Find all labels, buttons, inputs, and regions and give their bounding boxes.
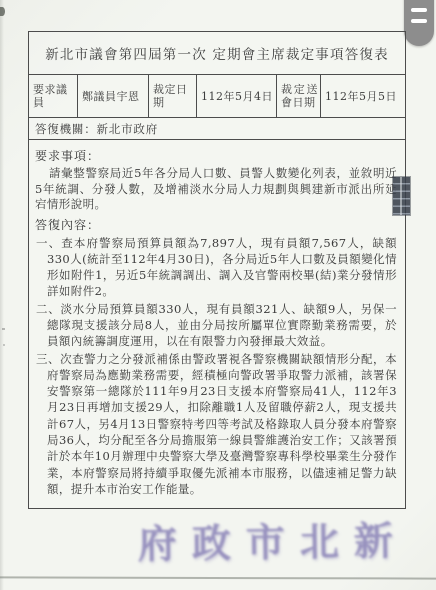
sent-to-council-date-value: 112年5月5日 (321, 75, 405, 117)
reply-item-3-marker: 三、 (36, 352, 60, 366)
reply-item-1-text: 查本府警察局預算員額為7,897人，現有員額7,567人，缺額330人(統計至1… (47, 236, 397, 299)
reply-item-2-text: 淡水分局預算員額330人，現有員額321人、缺額9人，另保一總隊現支援該分局8人… (47, 302, 397, 349)
sent-to-council-date-label: 裁定送會日期 (277, 75, 321, 117)
requester-value: 鄭議員宇恩 (78, 75, 149, 117)
request-heading: 要求事項： (35, 147, 397, 164)
replying-agency-row: 答復機關： 新北市政府 (29, 118, 405, 140)
document-title: 新北市議會第四屆第一次 定期會主席裁定事項答復表 (29, 32, 405, 75)
request-body-text: 請彙整警察局近5年各分局人口數、員警人數變化列表，並敘明近5年統調、分發人數，及… (35, 166, 397, 213)
ruling-date-value: 112年5月4日 (197, 75, 277, 117)
reply-item-3-text: 次查警力之分發派補係由警政署視各警察機關缺額情形分配，本府警察局為應勤業務需要，… (47, 352, 397, 496)
receipt-stamp (393, 177, 410, 215)
reply-item-2-marker: 二、 (36, 302, 61, 316)
scan-edge-shading (0, 0, 4, 590)
document-title-text: 新北市議會第四屆第一次 定期會主席裁定事項答復表 (45, 43, 389, 63)
scanned-document-page: 新北市議會第四屆第一次 定期會主席裁定事項答復表 要求議員 鄭議員宇恩 裁定日期… (0, 0, 436, 590)
hamburger-menu-icon (411, 8, 427, 12)
replying-agency-label: 答復機關： (35, 121, 97, 137)
request-and-reply-content: 要求事項： 請彙整警察局近5年各分局人口數、員警人數變化列表，並敘明近5年統調、… (29, 140, 405, 510)
replying-agency-value: 新北市政府 (97, 121, 159, 137)
ruling-date-label: 裁定日期 (149, 75, 197, 117)
reply-item-3: 三、次查警力之分發派補係由警政署視各警察機關缺額情形分配，本府警察局為應勤業務需… (36, 351, 397, 498)
menu-button[interactable] (404, 0, 434, 46)
reply-item-2: 二、淡水分局預算員額330人，現有員額321人、缺額9人，另保一總隊現支援該分局… (36, 301, 397, 350)
scan-edge-line (0, 576, 436, 579)
info-row: 要求議員 鄭議員宇恩 裁定日期 112年5月4日 裁定送會日期 112年5月5日 (29, 75, 405, 118)
reply-heading: 答復內容： (35, 216, 397, 233)
hamburger-menu-icon (411, 19, 427, 23)
requester-label: 要求議員 (29, 75, 78, 117)
government-seal-stamp: 府政市北新 (138, 510, 411, 572)
reply-form-table: 新北市議會第四屆第一次 定期會主席裁定事項答復表 要求議員 鄭議員宇恩 裁定日期… (28, 31, 406, 509)
reply-item-1: 一、查本府警察局預算員額為7,897人，現有員額7,567人，缺額330人(統計… (36, 235, 397, 300)
scan-speck (3, 344, 5, 346)
reply-item-1-marker: 一、 (36, 236, 61, 250)
scan-speck (2, 328, 5, 330)
